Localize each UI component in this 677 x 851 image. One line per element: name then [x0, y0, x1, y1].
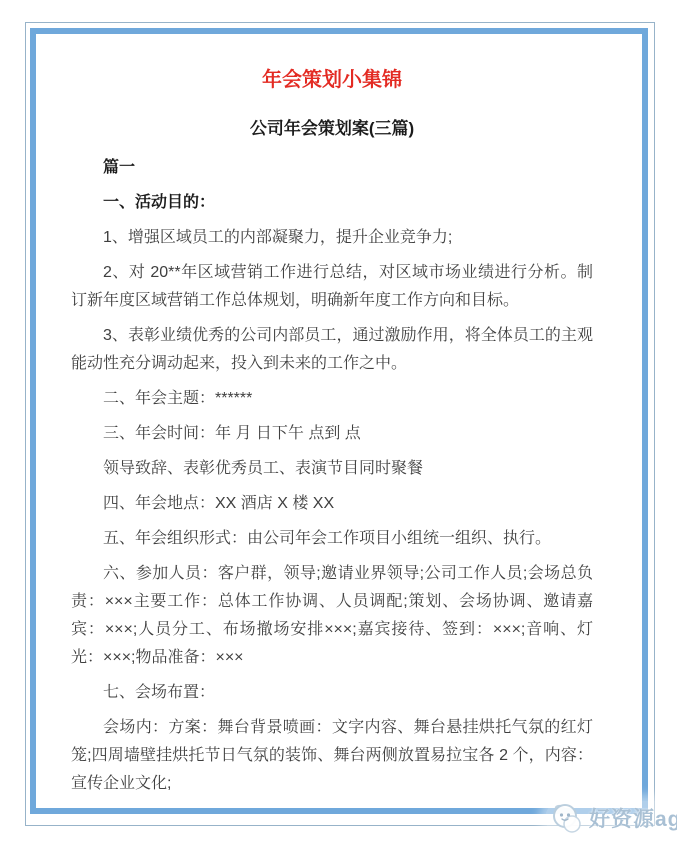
paragraph: 三、年会时间：年 月 日下午 点到 点 [71, 420, 593, 448]
watermark-label: 好资源ag [589, 803, 677, 833]
document-title: 年会策划小集锦 [71, 68, 593, 92]
paragraph: 领导致辞、表彰优秀员工、表演节目同时聚餐 [71, 455, 593, 483]
paragraph: 一、活动目的： [71, 189, 593, 217]
paragraph: 二、年会主题：****** [71, 385, 593, 413]
inner-border-frame: 年会策划小集锦 公司年会策划案(三篇) 篇一一、活动目的：1、增强区域员工的内部… [30, 28, 648, 814]
paragraph: 3、表彰业绩优秀的公司内部员工，通过激励作用，将全体员工的主观能动性充分调动起来… [71, 322, 593, 378]
outer-border-frame: 年会策划小集锦 公司年会策划案(三篇) 篇一一、活动目的：1、增强区域员工的内部… [25, 22, 655, 826]
paragraph: 七、会场布置： [71, 679, 593, 707]
paragraph: 四、年会地点：XX 酒店 X 楼 XX [71, 490, 593, 518]
mascot-logo-icon [549, 802, 585, 834]
document-subtitle: 公司年会策划案(三篇) [71, 118, 593, 140]
paragraph-list: 篇一一、活动目的：1、增强区域员工的内部凝聚力，提升企业竞争力;2、对 20**… [71, 154, 593, 798]
paragraph: 篇一 [71, 154, 593, 182]
paragraph: 五、年会组织形式：由公司年会工作项目小组统一组织、执行。 [71, 525, 593, 553]
paragraph: 1、增强区域员工的内部凝聚力，提升企业竞争力; [71, 224, 593, 252]
paragraph: 六、参加人员：客户群，领导;邀请业界领导;公司工作人员;会场总负责：×××主要工… [71, 560, 593, 672]
paragraph: 2、对 20**年区域营销工作进行总结，对区域市场业绩进行分析。制订新年度区域营… [71, 259, 593, 315]
watermark: 好资源ag [545, 801, 677, 835]
document-content: 年会策划小集锦 公司年会策划案(三篇) 篇一一、活动目的：1、增强区域员工的内部… [36, 34, 642, 808]
paragraph: 会场内：方案：舞台背景喷画：文字内容、舞台悬挂烘托气氛的红灯笼;四周墙壁挂烘托节… [71, 714, 593, 798]
